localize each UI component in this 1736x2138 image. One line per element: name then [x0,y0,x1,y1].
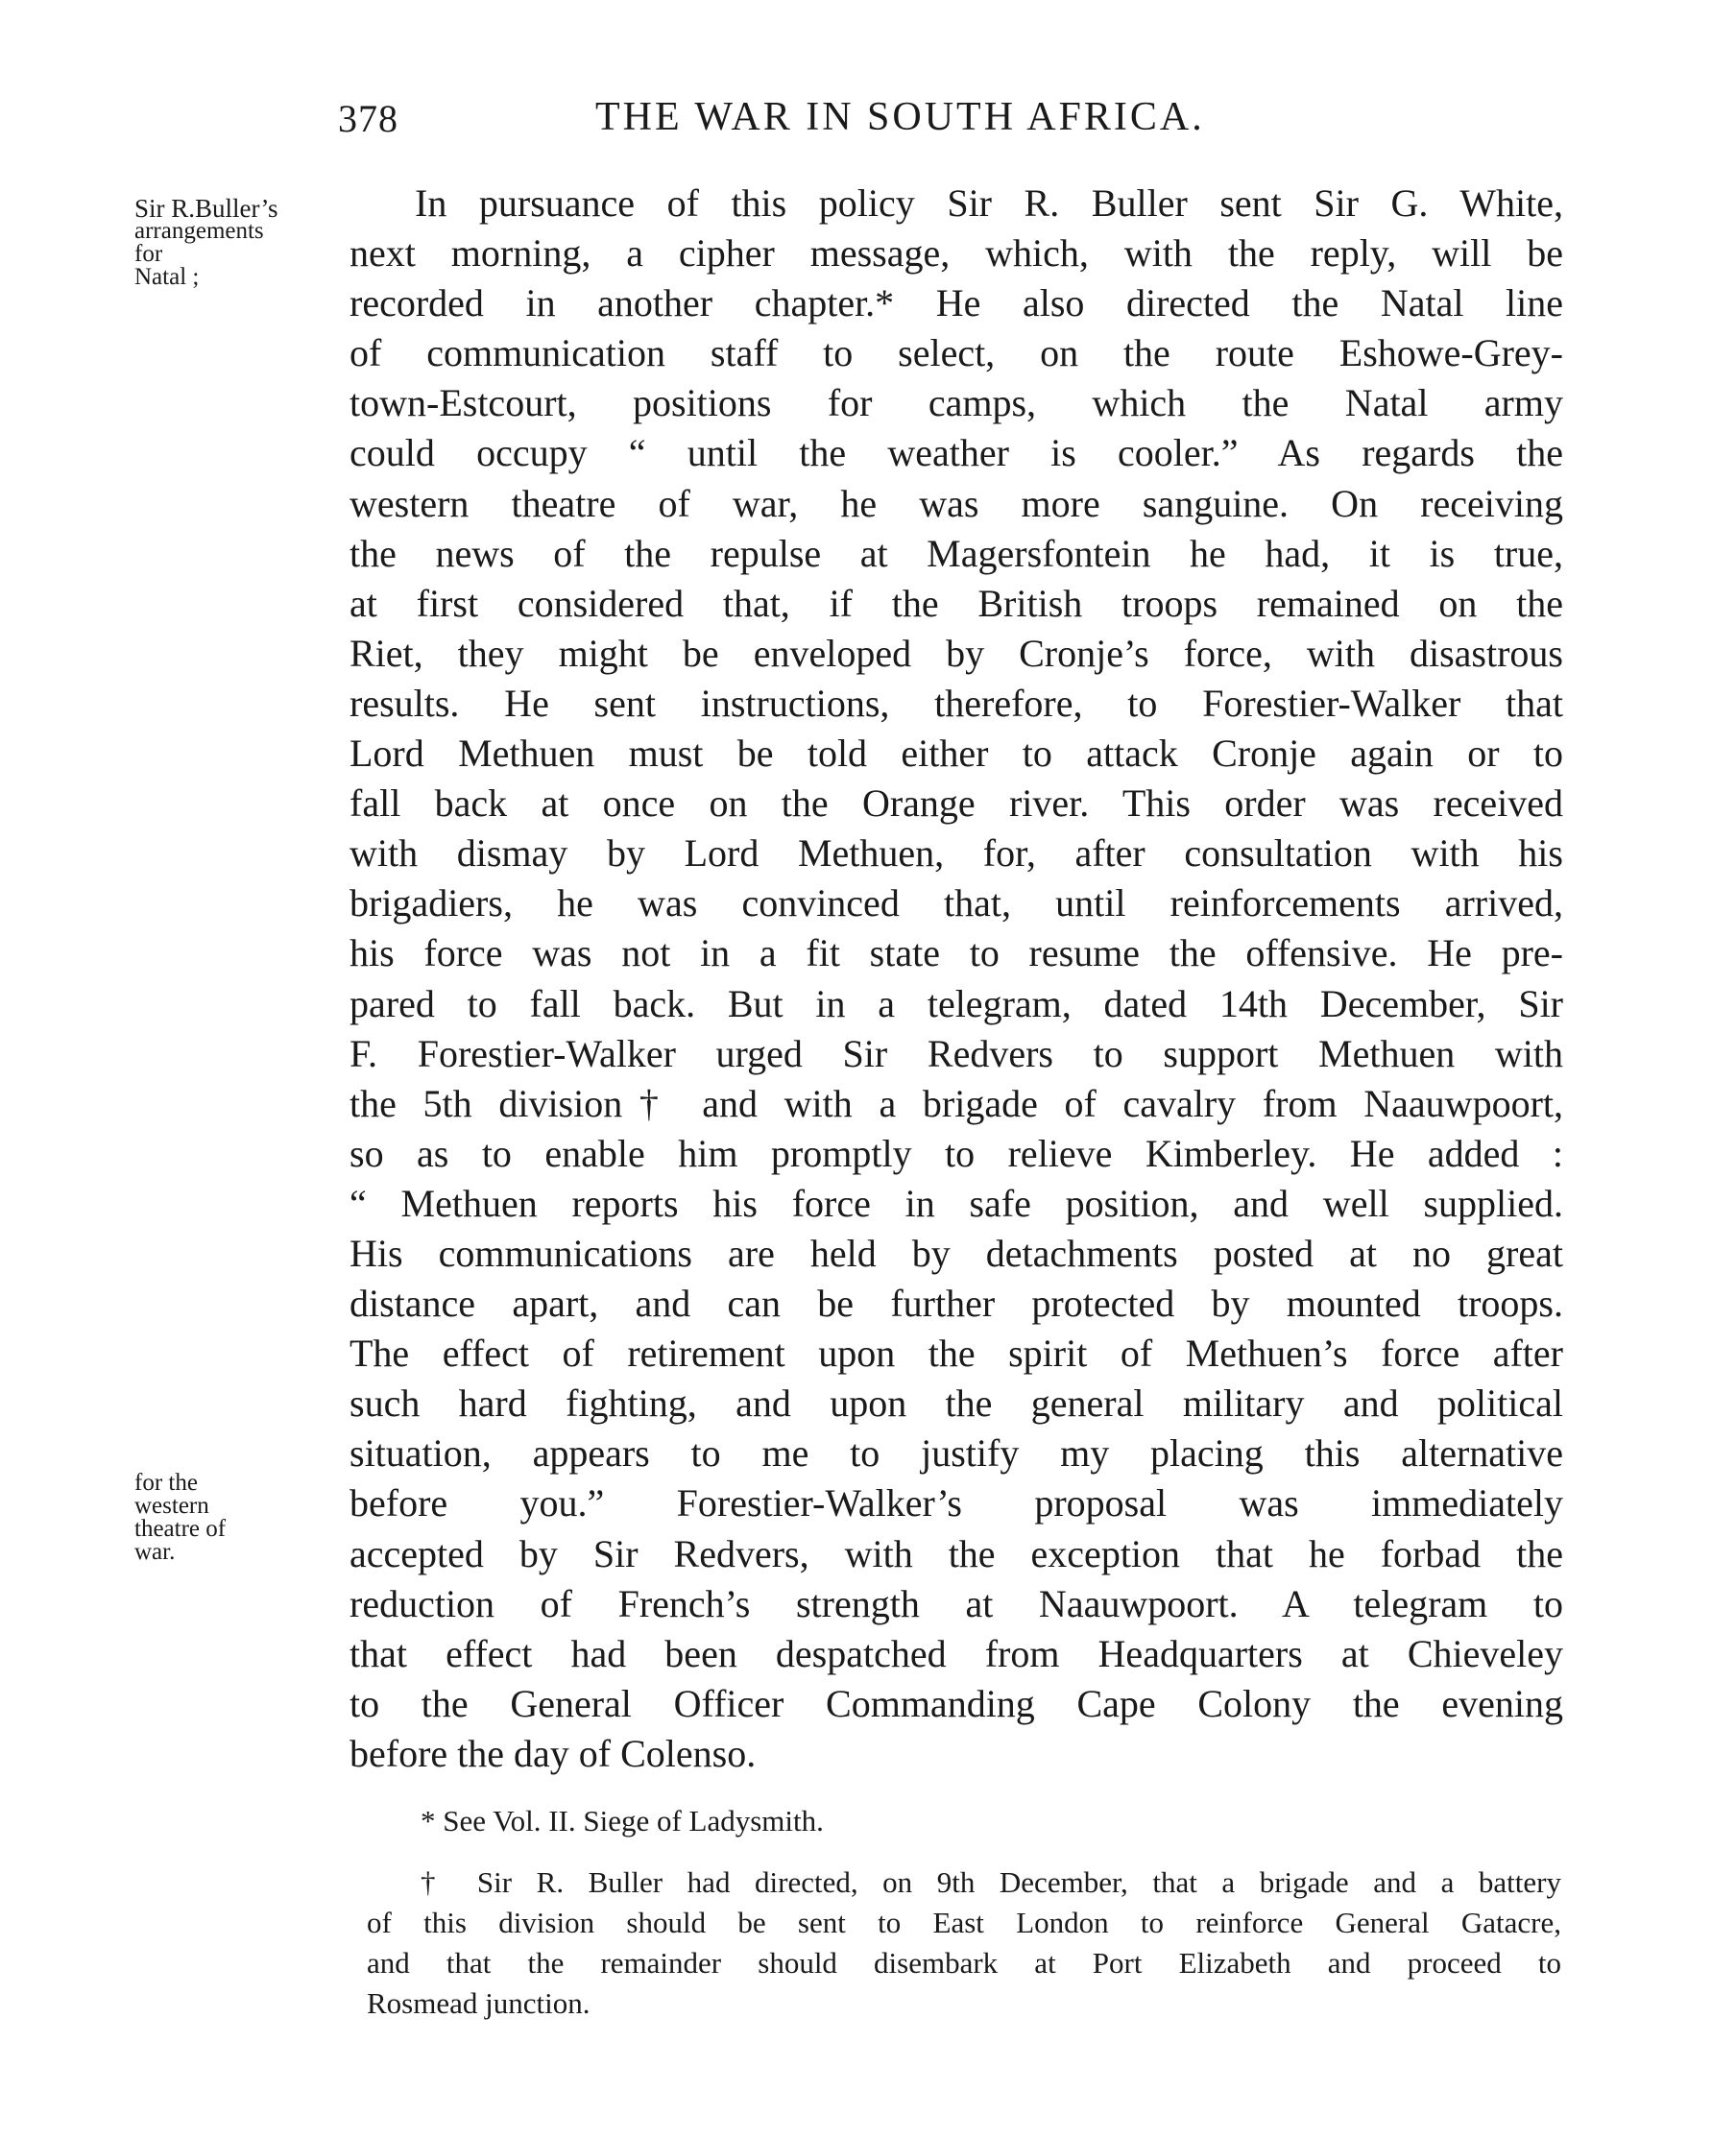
body-line: could occupy “ until the weather is cool… [350,428,1563,478]
running-title: THE WAR IN SOUTH AFRICA. [595,94,1306,140]
body-line: the 5th division† and with a brigade of … [350,1079,1563,1129]
body-line: before the day of Colenso. [350,1729,1563,1779]
body-line: reduction of French’s strength at Naauwp… [350,1579,1563,1629]
body-line: western theatre of war, he was more sang… [350,479,1563,529]
body-line: that effect had been despatched from Hea… [350,1629,1563,1679]
footnote-spacer [367,1841,1561,1862]
footnote-dagger-line: Rosmead junction. [367,1983,1561,2024]
body-line: In pursuance of this policy Sir R. Bulle… [350,179,1563,228]
footnote-dagger-line: of this division should be sent to East … [367,1903,1561,1943]
body-line: results. He sent instructions, therefore… [350,679,1563,729]
body-line: his force was not in a fit state to resu… [350,928,1563,978]
body-line: so as to enable him promptly to relieve … [350,1129,1563,1179]
body-line: the news of the repulse at Magersfontein… [350,529,1563,579]
page-number: 378 [338,96,398,141]
footnote-dagger-line: † Sir R. Buller had directed, on 9th Dec… [367,1862,1561,1903]
body-line: The effect of retirement upon the spirit… [350,1329,1563,1379]
body-line: Riet, they might be enveloped by Cronje’… [350,629,1563,679]
footnote-asterisk: * See Vol. II. Siege of Ladysmith. [367,1801,1561,1841]
sidenote-line: for the [134,1472,341,1495]
sidenote-line: western [134,1495,341,1518]
footnotes: * See Vol. II. Siege of Ladysmith. † Sir… [367,1801,1561,2024]
body-line: with dismay by Lord Methuen, for, after … [350,829,1563,878]
body-line: brigadiers, he was convinced that, until… [350,878,1563,928]
body-line: Lord Methuen must be told either to atta… [350,729,1563,779]
body-line: accepted by Sir Redvers, with the except… [350,1529,1563,1579]
body-line: to the General Officer Commanding Cape C… [350,1679,1563,1729]
body-line: fall back at once on the Orange river. T… [350,779,1563,829]
sidenote-line: for [134,243,341,266]
body-line: such hard fighting, and upon the general… [350,1379,1563,1429]
body-line: His communications are held by detachmen… [350,1229,1563,1279]
footnote-dagger-line: and that the remainder should disembark … [367,1943,1561,1983]
sidenote-buller-arrangements: Sir R.Buller’s arrangements for Natal ; [134,197,341,289]
body-line: of communication staff to select, on the… [350,328,1563,378]
sidenote-line: Natal ; [134,266,341,289]
sidenote-line: war. [134,1541,341,1564]
body-line: situation, appears to me to justify my p… [350,1429,1563,1478]
body-paragraph: In pursuance of this policy Sir R. Bulle… [350,179,1563,1779]
body-line: at first considered that, if the British… [350,579,1563,629]
body-line: before you.” Forestier-Walker’s proposal… [350,1478,1563,1528]
sidenote-line: Sir R.Buller’s [134,197,341,220]
body-line: recorded in another chapter.* He also di… [350,278,1563,328]
body-line: F. Forestier-Walker urged Sir Redvers to… [350,1029,1563,1079]
body-line: next morning, a cipher message, which, w… [350,228,1563,278]
sidenote-line: arrangements [134,220,341,243]
body-line: “ Methuen reports his force in safe posi… [350,1179,1563,1229]
sidenote-line: theatre of [134,1518,341,1541]
body-line: pared to fall back. But in a telegram, d… [350,979,1563,1029]
body-line: distance apart, and can be further prote… [350,1279,1563,1329]
body-line: town-Estcourt, positions for camps, whic… [350,378,1563,428]
sidenote-western-theatre: for the western theatre of war. [134,1472,341,1564]
